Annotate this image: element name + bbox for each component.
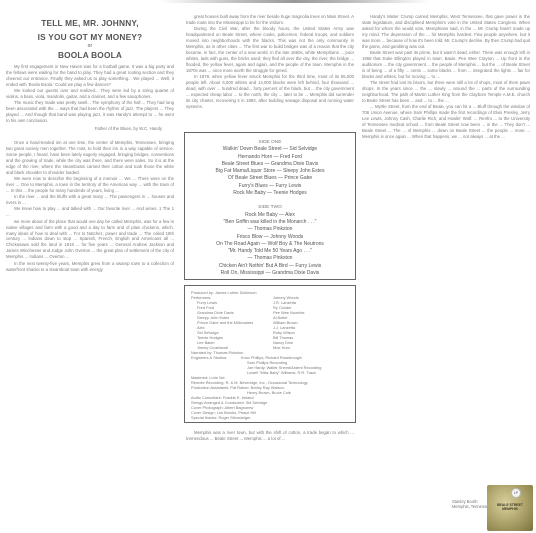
paragraph: We looked our guests over and realized..… xyxy=(6,88,174,100)
performers-right: Johnny Woods J.R. Lanzetta Ry Cooder Pee… xyxy=(273,295,305,350)
middle-column-top: great houses built away from the river b… xyxy=(186,14,354,110)
engineers-label: Engineers & Studios: xyxy=(191,355,241,360)
tracklist-box: SIDE ONE Walkin' Down Beale Street — Sid… xyxy=(184,132,356,280)
paragraph: Memphis was a river town, but with the s… xyxy=(186,430,354,442)
title-line-1: TELL ME, MR. JOHNNY, xyxy=(6,18,174,28)
paragraph: Once a hand-tended inn at one time, the … xyxy=(6,140,174,175)
left-column: TELL ME, MR. JOHNNY, IS YOU GOT MY MONEY… xyxy=(6,14,174,273)
middle-column-bottom: Memphis was a river town, but with the s… xyxy=(186,430,354,442)
label-sticker-image: LP BEALE STREET MEMPHIS xyxy=(487,485,533,531)
paragraph: During the Civil War, after the bloody h… xyxy=(186,26,354,73)
title-or: or xyxy=(6,43,174,49)
paragraph: We knew how to play ... and talked with … xyxy=(6,206,174,218)
title-line-3: BOOLA BOOLA xyxy=(6,50,174,60)
track: "Mr. Handy Told Me 50 Years Ago . . ." xyxy=(185,248,355,255)
track: Ol' Beale Street Blues — Prince Gabe xyxy=(185,175,355,182)
track: Roll On, Mississippi — Grandma Dixie Dav… xyxy=(185,270,355,277)
track: Chicken Ain't Nothin' But A Bird — Furry… xyxy=(185,263,355,270)
track: Big Fat Mama/Liquor Store — Sleepy John … xyxy=(185,168,355,175)
paragraph: In the next twenty-five years, Memphis g… xyxy=(6,261,174,273)
track: Rock Me Baby — Teenie Hodges xyxy=(185,190,355,197)
paragraph: We were now to describe the beginning of… xyxy=(6,176,174,194)
credits-box: Produced by: James Luther Dickinson Perf… xyxy=(184,285,356,423)
track: Furry's Blues — Furry Lewis xyxy=(185,183,355,190)
credit-line: Special thanks: Roger Stinnsleiger xyxy=(191,415,349,420)
performers-list: Furry Lewis Fred Ford Grandma Dixie Davi… xyxy=(191,300,349,350)
author-signature: Stanley Booth Memphis, Tennessee xyxy=(452,499,491,509)
performers-left: Furry Lewis Fred Ford Grandma Dixie Davi… xyxy=(191,300,273,350)
track: Beale Street Blues — Grandma Dixie Davis xyxy=(185,161,355,168)
performer: Moe Hum xyxy=(273,345,305,350)
essay-title: TELL ME, MR. JOHNNY, IS YOU GOT MY MONEY… xyxy=(6,18,174,60)
sticker-badge: LP xyxy=(511,488,521,498)
paragraph: In 1878, when yellow fever struck Memphi… xyxy=(186,74,354,109)
tracklist: SIDE ONE Walkin' Down Beale Street — Sid… xyxy=(185,133,355,277)
paragraph: In the river ... and the bluffs with a g… xyxy=(6,194,174,206)
paragraph: great houses built away from the river b… xyxy=(186,14,354,26)
track: Rock Me Baby — Alex xyxy=(185,212,355,219)
author-place: Memphis, Tennessee xyxy=(452,504,491,509)
track: Hernando Horn — Fred Ford xyxy=(185,154,355,161)
paragraph: Beale Street was past its prime, but it … xyxy=(362,50,530,80)
track: On The Road Again — Wolf Boy & The Neutr… xyxy=(185,241,355,248)
title-line-2: IS YOU GOT MY MONEY? xyxy=(6,32,174,42)
paragraph: My first engagement in New Haven was for… xyxy=(6,64,174,88)
paragraph: The street had lost its bloom, but there… xyxy=(362,80,530,104)
paragraph: ... Myrtle Street, from the end of Beale… xyxy=(362,104,530,139)
side-one-label: SIDE ONE xyxy=(185,139,355,146)
track: — Thomas Pinkston xyxy=(185,255,355,262)
track: Walkin' Down Beale Street — Sid Selvidge xyxy=(185,146,355,153)
paragraph: The music they made was pretty swell... … xyxy=(6,100,174,124)
track: — Thomas Pinkston xyxy=(185,226,355,233)
sticker-label: BEALE STREET MEMPHIS xyxy=(491,503,529,511)
scan-edge-shadow xyxy=(160,0,430,3)
track: Frisco Blow — Johnny Woods xyxy=(185,234,355,241)
side-two-label: SIDE TWO xyxy=(185,204,355,211)
right-column: Handy's Mister Crump carried Memphis, We… xyxy=(362,14,530,140)
track: "Ben Griffin was killed in the Monarch .… xyxy=(185,219,355,226)
paragraph: Handy's Mister Crump carried Memphis, We… xyxy=(362,14,530,49)
paragraph: we more about of the place that would on… xyxy=(6,219,174,260)
